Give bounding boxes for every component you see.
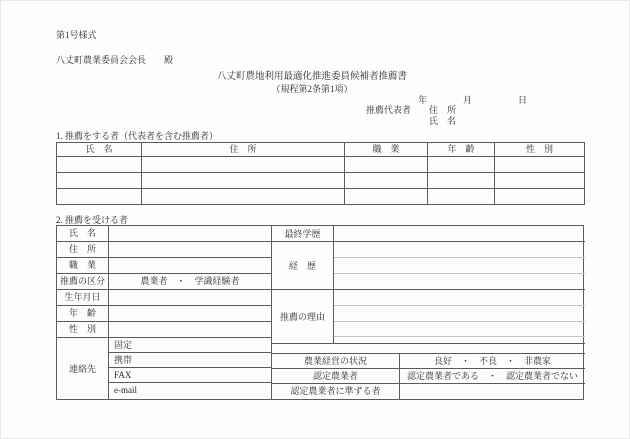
label-farm-status: 農業経営の状況 [272,354,400,368]
section1-heading: 1. 推薦をする者（代表者を含む推薦者） [56,131,218,141]
value-farm-status: 良好 ・ 不良 ・ 非農家 [400,354,585,368]
form-page: 第1号様式 八丈町農業委員会会長 殿 八丈町農地利用最適化推進委員候補者推薦書 … [0,0,630,439]
row-birthdate: 生年月日 [57,290,271,306]
form-title: 八丈町農地利用最適化推進委員候補者推薦書 [1,72,623,82]
row-sex: 性 別 [57,322,271,338]
label-category: 推薦の区分 [57,274,109,289]
value-name [109,226,271,241]
label-birthdate: 生年月日 [57,290,109,305]
label-sex: 性 別 [57,322,109,337]
recommendee-left-grid: 氏 名 住 所 職 業 推薦の区分 農業者 ・ 学識経験者 生年月日 年 齢 [57,226,272,399]
row-farm-status: 農業経営の状況 良好 ・ 不良 ・ 非農家 [272,354,585,369]
form-code: 第1号様式 [56,30,97,40]
value-certified-farmer: 認定農業者である ・ 認定農業者でない [400,369,585,383]
header-cell-address: 住 所 [142,143,345,157]
label-equivalent-farmer: 認定農業者に準ずる者 [272,384,400,399]
header-cell-age: 年 齢 [428,143,495,157]
value-occupation [109,258,271,273]
label-age: 年 齢 [57,306,109,321]
label-certified-farmer: 認定農業者 [272,369,400,383]
value-address [109,242,271,257]
representative-label: 推薦代表者 [366,105,411,115]
row-certified-farmer: 認定農業者 認定農業者である ・ 認定農業者でない [272,369,585,384]
grid-gap [272,344,585,354]
row-career: 経 歴 [272,242,585,290]
contact-label: 連絡先 [57,338,109,399]
contact-row-fax: FAX [109,368,271,383]
value-birthdate [109,290,271,305]
row-reason: 推薦の理由 [272,290,585,344]
row-education: 最終学歴 [272,226,585,242]
recommenders-empty-row [57,173,585,189]
representative-address-label: 住 所 [429,105,456,115]
contact-row-mobile: 携帯 [109,353,271,368]
contact-rows: 固定 携帯 FAX e-mail [109,338,271,399]
row-occupation: 職 業 [57,258,271,274]
value-education [334,226,585,241]
value-reason [334,290,585,343]
label-reason: 推薦の理由 [272,290,334,343]
header-cell-sex: 性 別 [495,143,585,157]
recommenders-header-row: 氏 名 住 所 職 業 年 齢 性 別 [57,143,585,157]
value-category: 農業者 ・ 学識経験者 [109,274,271,289]
recommendee-table: 氏 名 住 所 職 業 推薦の区分 農業者 ・ 学識経験者 生年月日 年 齢 [56,225,584,400]
value-sex [109,322,271,337]
header-cell-occupation: 職 業 [345,143,428,157]
value-career [334,242,585,289]
recommenders-empty-row [57,157,585,173]
value-equivalent-farmer [400,384,585,399]
contact-block: 連絡先 固定 携帯 FAX e-mail [57,338,271,399]
row-address: 住 所 [57,242,271,258]
recommendee-right-grid: 最終学歴 経 歴 推薦の理由 農 [272,226,585,399]
row-name: 氏 名 [57,226,271,242]
addressee-line: 八丈町農業委員会会長 殿 [56,55,173,65]
form-subtitle: （規程第2条第1項） [1,84,623,94]
label-occupation: 職 業 [57,258,109,273]
contact-row-email: e-mail [109,383,271,399]
month-label: 月 [463,95,472,105]
label-education: 最終学歴 [272,226,334,241]
recommenders-empty-row [57,189,585,205]
section2-heading: 2. 推薦を受ける者 [56,215,128,225]
value-age [109,306,271,321]
day-label: 日 [518,95,527,105]
header-cell-name: 氏 名 [57,143,142,157]
recommenders-table: 氏 名 住 所 職 業 年 齢 性 別 [56,142,585,205]
label-career: 経 歴 [272,242,334,289]
row-category: 推薦の区分 農業者 ・ 学識経験者 [57,274,271,290]
row-age: 年 齢 [57,306,271,322]
year-label: 年 [418,95,427,105]
row-equivalent-farmer: 認定農業者に準ずる者 [272,384,585,399]
representative-name-label: 氏 名 [429,116,456,126]
label-name: 氏 名 [57,226,109,241]
contact-row-landline: 固定 [109,338,271,353]
label-address: 住 所 [57,242,109,257]
